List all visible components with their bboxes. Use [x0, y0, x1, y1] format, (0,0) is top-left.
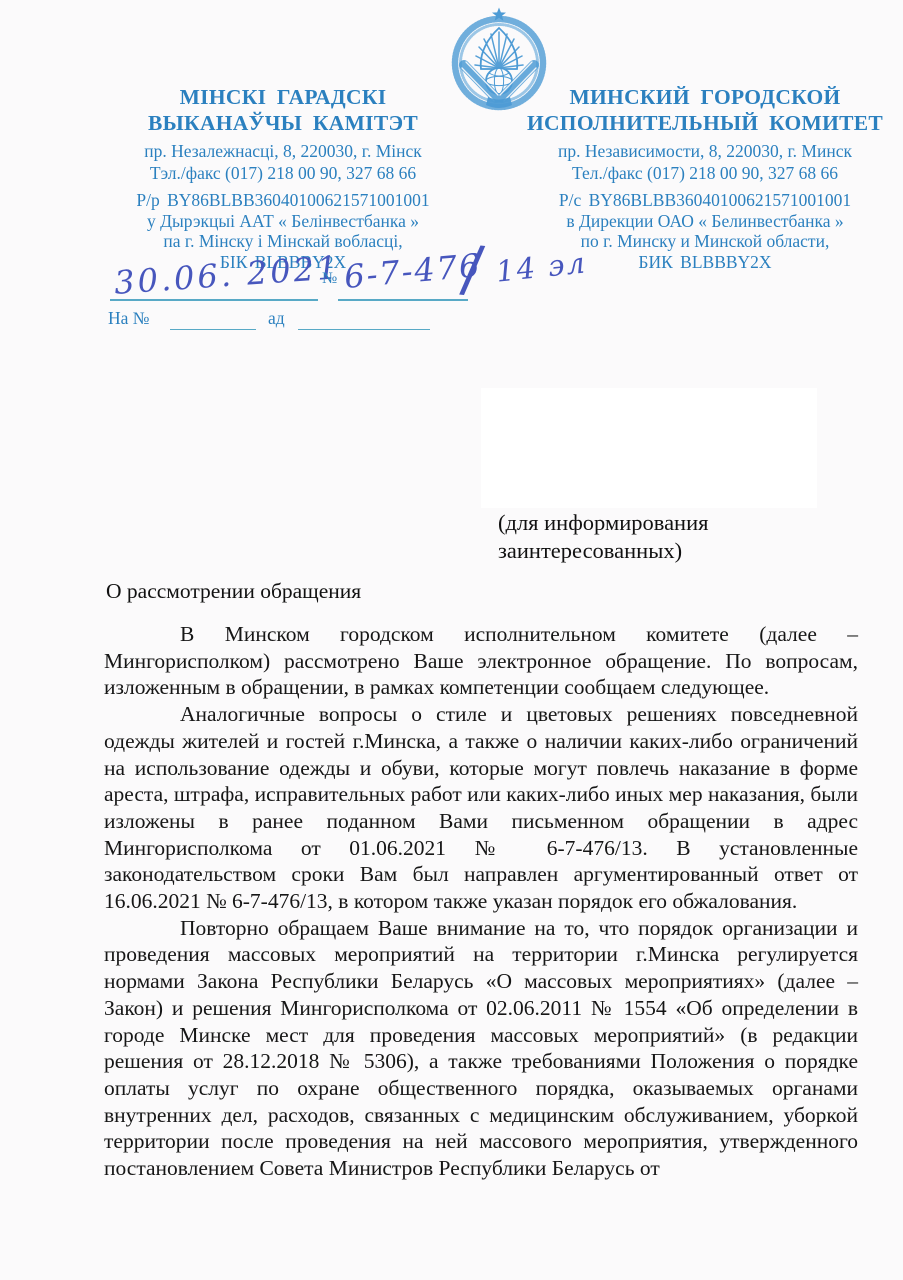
org-account-by: Р/р BY86BLBB36040100621571001001 — [84, 190, 482, 211]
number-sign-label: № — [322, 270, 337, 288]
scanned-letter-page: МІНСКІ ГАРАДСКІ ВЫКАНАЎЧЫ КАМІТЭТ пр. Не… — [0, 0, 903, 1280]
letterhead-belarusian: МІНСКІ ГАРАДСКІ ВЫКАНАЎЧЫ КАМІТЭТ пр. Не… — [84, 84, 482, 272]
org-account-ru: Р/с BY86BLBB36040100621571001001 — [506, 190, 903, 211]
recipient-note-line1: (для информирования — [498, 509, 828, 537]
recipient-note-line2: заинтересованных) — [498, 537, 828, 565]
body-paragraph-2: Аналогичные вопросы о стиле и цветовых р… — [104, 701, 858, 915]
reference-na-underline — [170, 329, 256, 330]
recipient-note: (для информирования заинтересованных) — [498, 509, 828, 564]
reference-na-label: На № — [108, 308, 149, 329]
body-paragraph-3: Повторно обращаем Ваше внимание на то, ч… — [104, 915, 858, 1182]
date-underline — [110, 299, 318, 301]
org-bank-by-line2: па г. Мінску і Мінскай вобласці, — [84, 231, 482, 252]
org-title-ru-line1: МИНСКИЙ ГОРОДСКОЙ — [506, 84, 903, 110]
reference-ad-label: ад — [268, 308, 285, 329]
org-bank-by-line1: у Дырэкцыі ААТ « Белінвестбанка » — [84, 211, 482, 232]
reference-ad-underline — [298, 329, 430, 330]
org-title-by-line2: ВЫКАНАЎЧЫ КАМІТЭТ — [84, 110, 482, 136]
letterhead-russian: МИНСКИЙ ГОРОДСКОЙ ИСПОЛНИТЕЛЬНЫЙ КОМИТЕТ… — [506, 84, 903, 272]
org-title-ru-line2: ИСПОЛНИТЕЛЬНЫЙ КОМИТЕТ — [506, 110, 903, 136]
org-phone-ru: Тел./факс (017) 218 00 90, 327 68 66 — [506, 163, 903, 185]
redacted-recipient-block — [481, 388, 817, 508]
org-phone-by: Тэл./факс (017) 218 00 90, 327 68 66 — [84, 163, 482, 185]
body-paragraph-1: В Минском городском исполнительном комит… — [104, 621, 858, 701]
org-title-by-line1: МІНСКІ ГАРАДСКІ — [84, 84, 482, 110]
letter-subject: О рассмотрении обращения — [106, 579, 361, 604]
org-bank-ru-line1: в Дирекции ОАО « Белинвестбанка » — [506, 211, 903, 232]
org-address-by: пр. Незалежнасці, 8, 220030, г. Мінск — [84, 141, 482, 163]
number-underline — [338, 299, 468, 301]
org-address-ru: пр. Независимости, 8, 220030, г. Минск — [506, 141, 903, 163]
letter-body: В Минском городском исполнительном комит… — [104, 621, 858, 1182]
